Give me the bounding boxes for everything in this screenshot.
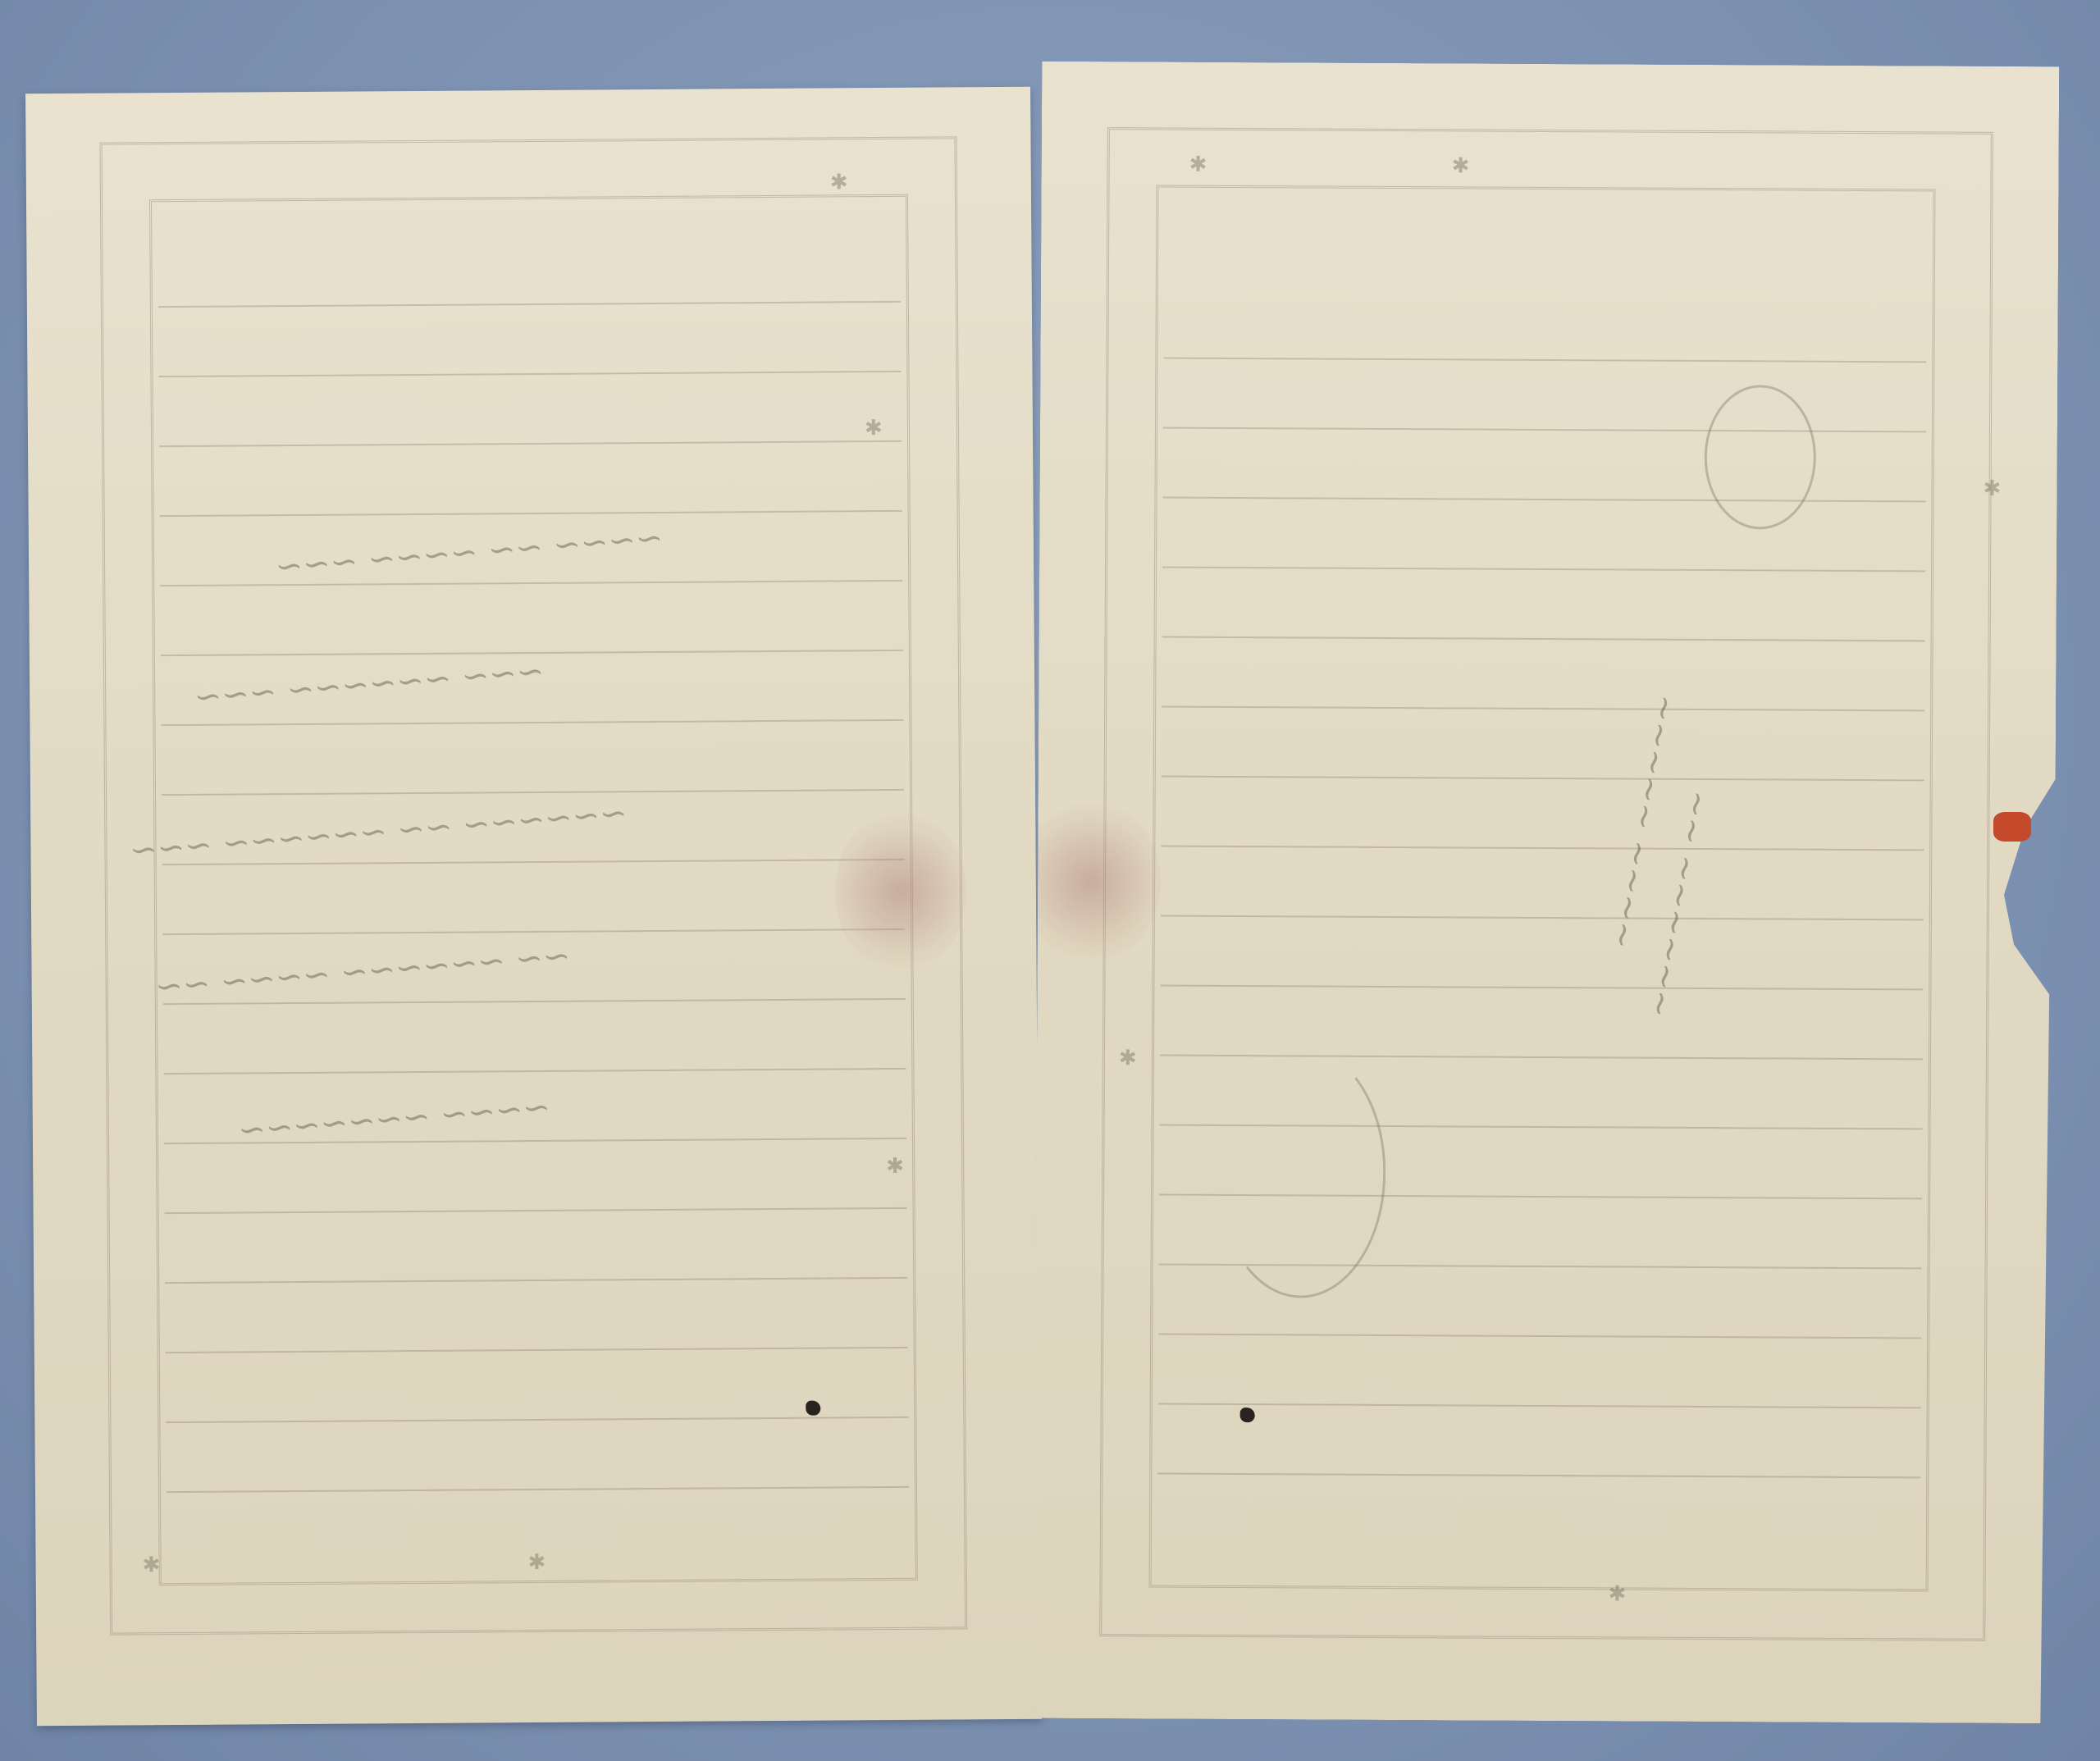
star-ornament: ✱ xyxy=(1119,1046,1137,1070)
star-ornament: ✱ xyxy=(1608,1581,1626,1606)
star-ornament: ✱ xyxy=(1189,153,1207,177)
star-ornament: ✱ xyxy=(1452,153,1470,178)
hole xyxy=(1240,1407,1255,1422)
right-page: ~~~~ ~~~~~ ~~~~~~ ~~ ✱ ✱ ✱ ✱ ✱ xyxy=(1034,62,2060,1723)
wax-seal xyxy=(1993,812,2031,842)
inner-border xyxy=(149,194,918,1585)
postmark xyxy=(1704,385,1816,530)
star-ornament: ✱ xyxy=(830,170,848,194)
inner-border xyxy=(1149,185,1936,1591)
star-ornament: ✱ xyxy=(886,1154,904,1179)
star-ornament: ✱ xyxy=(527,1550,546,1575)
left-page: ~~~~ ~~ ~~~~ ~~~ ~~~ ~~~~~~ ~~~ ~~~~~~ ~… xyxy=(25,87,1042,1727)
hole xyxy=(806,1401,820,1416)
stain xyxy=(834,809,966,974)
star-ornament: ✱ xyxy=(1984,477,2002,501)
star-ornament: ✱ xyxy=(865,416,883,440)
star-ornament: ✱ xyxy=(142,1553,160,1577)
postmark xyxy=(1216,1047,1386,1298)
seal-stain xyxy=(1021,800,1162,965)
